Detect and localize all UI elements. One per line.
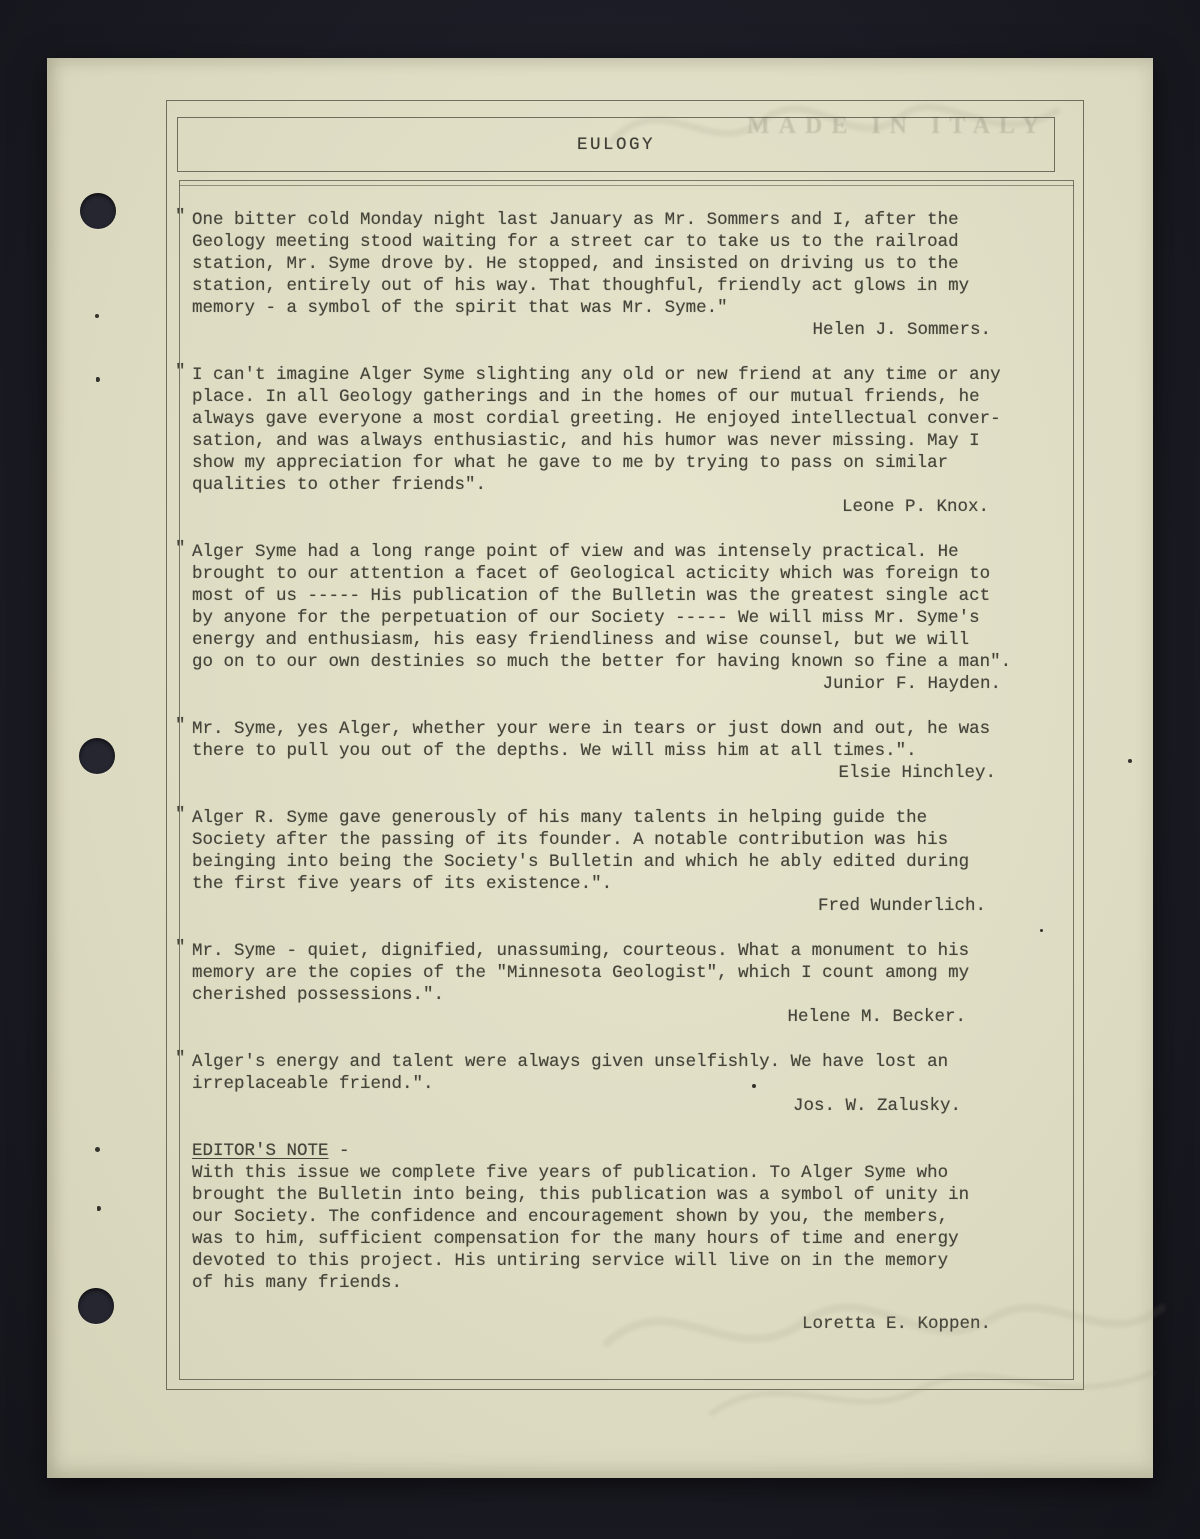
- quote-text: Alger's energy and talent were always gi…: [192, 1051, 1027, 1095]
- punch-hole: [80, 193, 116, 229]
- quote-mark: ": [175, 361, 186, 383]
- editors-note-heading-text: EDITOR'S NOTE: [192, 1141, 329, 1161]
- content-box: " One bitter cold Monday night last Janu…: [179, 180, 1074, 1380]
- quote-mark: ": [175, 1048, 186, 1070]
- eulogy-quote: " Mr. Syme - quiet, dignified, unassumin…: [192, 940, 1027, 1028]
- quote-text: Alger Syme had a long range point of vie…: [192, 541, 1027, 673]
- scan-background: { "page": { "title": "EULOGY" }, "glyphs…: [0, 0, 1200, 1539]
- editors-note-heading: EDITOR'S NOTE -: [192, 1140, 1027, 1162]
- quote-attribution: Elsie Hinchley.: [192, 762, 996, 784]
- quote-attribution: Jos. W. Zalusky.: [192, 1095, 961, 1117]
- quote-text: Mr. Syme - quiet, dignified, unassuming,…: [192, 940, 1027, 1006]
- title-box: EULOGY: [177, 117, 1055, 172]
- handwriting-ghost: [592, 1223, 1172, 1443]
- quote-text: Alger R. Syme gave generously of his man…: [192, 807, 1027, 895]
- quote-text: I can't imagine Alger Syme slighting any…: [192, 364, 1027, 496]
- ink-speck: [752, 1084, 756, 1088]
- quote-text: Mr. Syme, yes Alger, whether your were i…: [192, 718, 1027, 762]
- quote-attribution: Junior F. Hayden.: [192, 673, 1001, 695]
- ink-speck: [97, 1206, 101, 1211]
- ink-speck: [1040, 929, 1043, 932]
- quote-attribution: Leone P. Knox.: [192, 496, 989, 518]
- quote-text: One bitter cold Monday night last Januar…: [192, 209, 1027, 319]
- eulogy-quote: " Alger Syme had a long range point of v…: [192, 541, 1027, 695]
- punch-hole: [78, 1288, 114, 1324]
- quote-mark: ": [175, 206, 186, 228]
- quote-mark: ": [175, 937, 186, 959]
- quote-attribution: Fred Wunderlich.: [192, 895, 986, 917]
- quote-attribution: Helen J. Sommers.: [192, 319, 991, 341]
- quote-mark: ": [175, 804, 186, 826]
- eulogy-quote: " I can't imagine Alger Syme slighting a…: [192, 364, 1027, 518]
- eulogy-quote: " Mr. Syme, yes Alger, whether your were…: [192, 718, 1027, 784]
- eulogy-quote: " One bitter cold Monday night last Janu…: [192, 209, 1027, 341]
- typed-frame-border: EULOGY " One bitter cold Monday night la…: [166, 100, 1084, 1390]
- ink-speck: [96, 377, 100, 382]
- eulogy-quote: " Alger's energy and talent were always …: [192, 1051, 1027, 1117]
- ink-speck: [1128, 759, 1132, 763]
- page-title: EULOGY: [577, 135, 655, 155]
- quote-attribution: Helene M. Becker.: [192, 1006, 966, 1028]
- ink-speck: [95, 1147, 100, 1152]
- quote-mark: ": [175, 715, 186, 737]
- quote-mark: ": [175, 538, 186, 560]
- paper-sheet: MADE IN ITALY EULOGY " One bitter cold M…: [47, 58, 1153, 1478]
- eulogy-quote: " Alger R. Syme gave generously of his m…: [192, 807, 1027, 917]
- editors-note-dash: -: [329, 1141, 350, 1161]
- ink-speck: [95, 314, 99, 318]
- punch-hole: [79, 738, 115, 774]
